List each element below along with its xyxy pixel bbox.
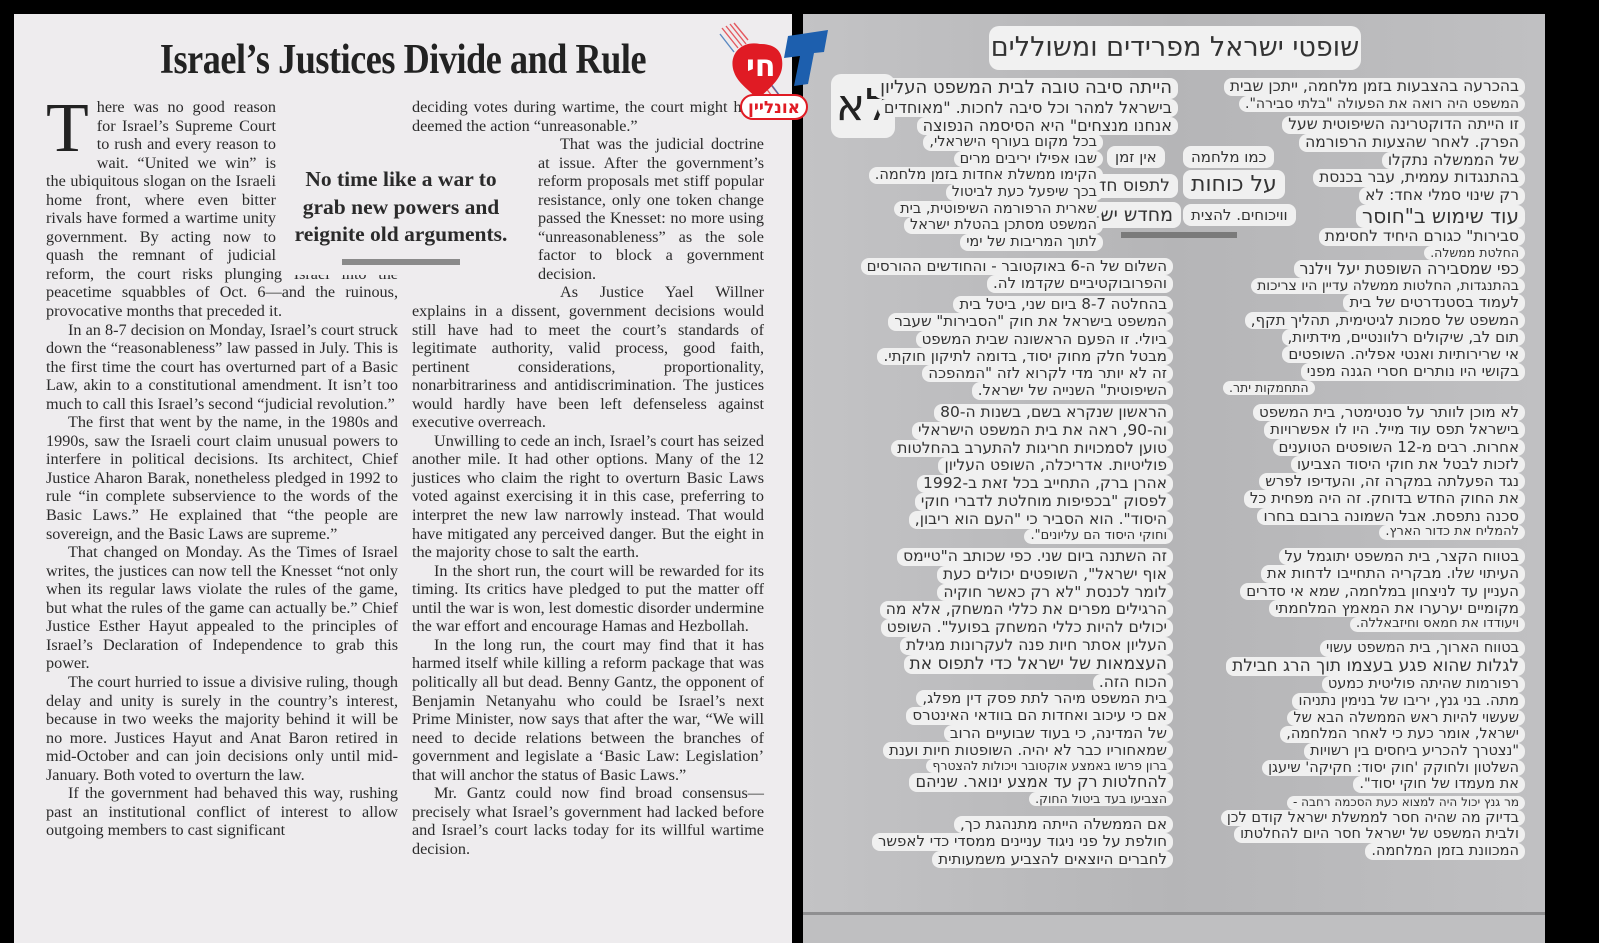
pullquote-text: No time like a war to grab new powers an…: [290, 166, 512, 249]
article-paragraph: As Justice Yael Willner explains in a di…: [412, 283, 764, 431]
hebrew-paragraph: הראשון שנקרא בשם, בשנות ה-80 וה-90, ראה …: [893, 404, 1173, 544]
english-article-panel: Israel’s Justices Divide and Rule There …: [14, 14, 792, 943]
pullquote: No time like a war to grab new powers an…: [290, 166, 512, 275]
hebrew-paragraph: כפי שמסבירה השופטת יעל וילנר בהתנגדות, ה…: [1223, 260, 1525, 395]
hebrew-paragraph: הייתה סיבה טובה לבית המשפט העליון בישראל…: [903, 78, 1178, 135]
hebrew-paragraph: בטווח הארוך, בית המשפט עשוי לגלות שהוא פ…: [1223, 640, 1525, 793]
hebrew-paragraph: בכל מקום בעורף הישראלי, שבו אפילו יריבים…: [833, 134, 1103, 251]
hebrew-paragraph: לא מוכן לוותר על סנטימטר, בית המשפט בישר…: [1223, 404, 1525, 540]
hebrew-paragraph: בהכרעה בהצבעות בזמן מלחמה, ייתכן שבית המ…: [1223, 78, 1525, 112]
article-paragraph: If the government had behaved this way, …: [46, 784, 398, 840]
panel-bottom-strip: [803, 912, 1545, 943]
article-headline: Israel’s Justices Divide and Rule: [68, 36, 737, 84]
hebrew-paragraph: זו הייתה הדוקטרינה השיפוטית שעל הפרק. לא…: [1223, 116, 1525, 260]
article-paragraph: deciding votes during wartime, the court…: [412, 98, 764, 135]
article-paragraph: In an 8-7 decision on Monday, Israel’s c…: [46, 321, 398, 414]
article-paragraph: The first that went by the name, in the …: [46, 413, 398, 543]
article-paragraph: In the long run, the court may find that…: [412, 636, 764, 784]
kol-chai-logo: חי אונליין: [718, 22, 842, 126]
pullquote-rule: [342, 259, 460, 265]
online-badge: אונליין: [740, 94, 808, 120]
article-paragraph: That changed on Monday. As the Times of …: [46, 543, 398, 673]
pullquote-chip: אין זמן: [1107, 146, 1165, 168]
hebrew-translation-panel: שופטי ישראל מפרידים ומשוללים לא אין זמן …: [803, 14, 1545, 912]
drop-cap: T: [46, 102, 89, 156]
hebrew-paragraph: בהחלטה 8-7 ביום שני, ביטל בית המשפט בישר…: [863, 296, 1173, 400]
hebrew-paragraph: בטווח הקצר, בית המשפט יתוגמל על העיתוי ש…: [1223, 548, 1525, 632]
kol-chai-logo-icon: חי: [718, 22, 842, 102]
hebrew-paragraph: אם הממשלה הייתה מתנהגת כך, חולפת על פני …: [873, 816, 1173, 868]
article-paragraph: Unwilling to cede an inch, Israel’s cour…: [412, 432, 764, 562]
hebrew-paragraph: השלום של ה-6 באוקטובר - והחודשים ההורסים…: [843, 258, 1173, 293]
hebrew-paragraph: בית המשפט מיהר לתת פסק דין מפלג, אם כי ע…: [863, 690, 1173, 806]
pullquote-rule: [1121, 232, 1237, 238]
svg-text:חי: חי: [746, 49, 775, 84]
hebrew-headline: שופטי ישראל מפרידים ומשוללים: [989, 26, 1361, 70]
hebrew-paragraph: זה השתנה ביום שני. כפי שכותב ה"טיימס אוף…: [893, 548, 1173, 692]
article-paragraph: In the short run, the court will be rewa…: [412, 562, 764, 636]
hebrew-paragraph: מר גנץ יכול היה למצוא כעת הסכמה רחבה - ב…: [1213, 796, 1525, 860]
article-paragraph: The court hurried to issue a divisive ru…: [46, 673, 398, 784]
article-paragraph: Mr. Gantz could now find broad consensus…: [412, 784, 764, 858]
